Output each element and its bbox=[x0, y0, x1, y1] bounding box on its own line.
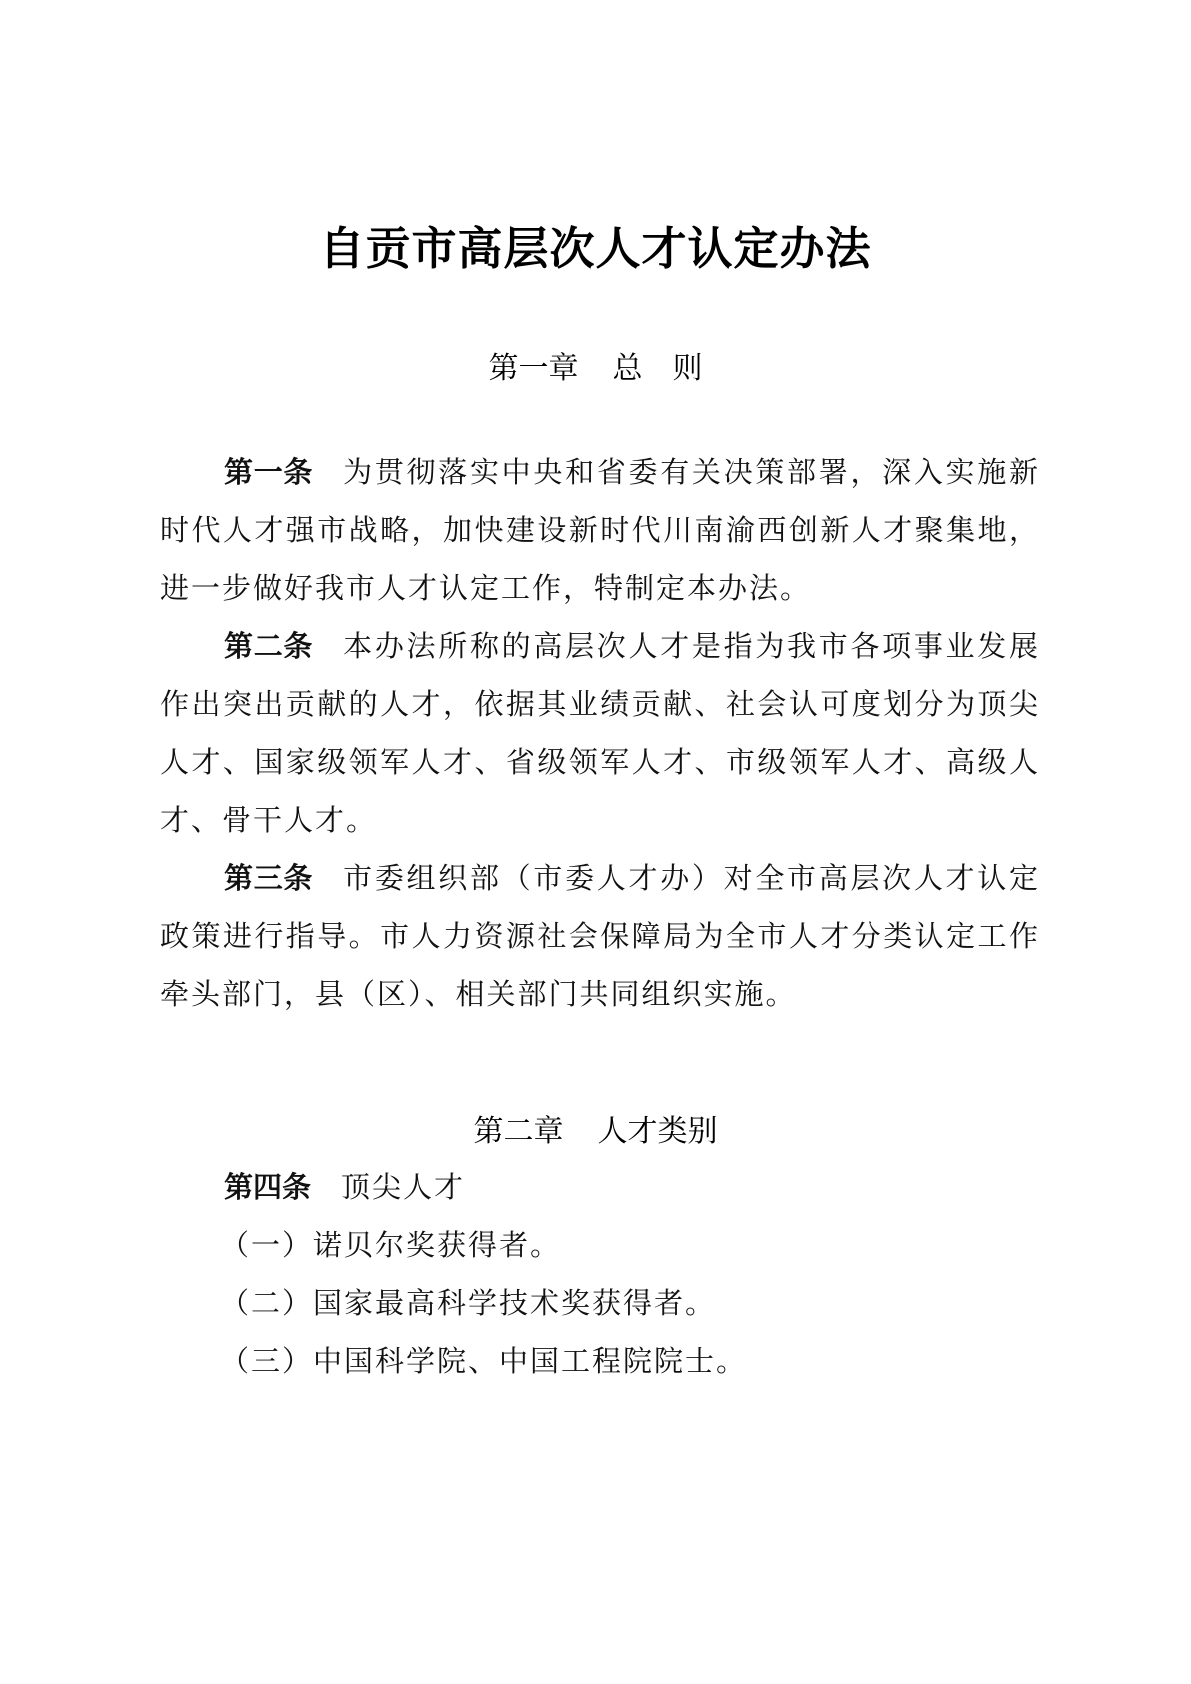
chapter-1-label: 第一章 bbox=[489, 351, 579, 386]
document-page: 自贡市高层次人才认定办法 第一章总 则 第一条为贯彻落实中央和省委有关决策部署，… bbox=[0, 0, 1191, 1684]
article-1: 第一条为贯彻落实中央和省委有关决策部署，深入实施新时代人才强市战略，加快建设新时… bbox=[160, 443, 1040, 617]
article-2-number: 第二条 bbox=[224, 629, 313, 663]
article-1-number: 第一条 bbox=[224, 455, 313, 489]
article-4-number: 第四条 bbox=[224, 1170, 311, 1204]
article-4-item-2: （二）国家最高科学技术奖获得者。 bbox=[220, 1274, 747, 1332]
chapter-1-name: 总 则 bbox=[613, 351, 703, 386]
article-4: 第四条顶尖人才 （一）诺贝尔奖获得者。 （二）国家最高科学技术奖获得者。 （三）… bbox=[224, 1158, 747, 1390]
chapter-2-name: 人才类别 bbox=[598, 1114, 718, 1149]
chapter-1-heading: 第一章总 则 bbox=[0, 343, 1191, 387]
article-3: 第三条市委组织部（市委人才办）对全市高层次人才认定政策进行指导。市人力资源社会保… bbox=[160, 849, 1040, 1023]
article-4-item-3: （三）中国科学院、中国工程院院士。 bbox=[220, 1332, 747, 1390]
chapter-2-heading: 第二章人才类别 bbox=[0, 1106, 1191, 1150]
chapter-2-label: 第二章 bbox=[474, 1114, 564, 1149]
article-4-item-1: （一）诺贝尔奖获得者。 bbox=[220, 1216, 747, 1274]
article-3-number: 第三条 bbox=[224, 861, 313, 895]
article-2: 第二条本办法所称的高层次人才是指为我市各项事业发展作出突出贡献的人才，依据其业绩… bbox=[160, 617, 1040, 849]
document-title: 自贡市高层次人才认定办法 bbox=[0, 212, 1191, 277]
article-4-text: 顶尖人才 bbox=[341, 1170, 465, 1204]
article-4-heading: 第四条顶尖人才 bbox=[224, 1158, 747, 1216]
chapter-1-body: 第一条为贯彻落实中央和省委有关决策部署，深入实施新时代人才强市战略，加快建设新时… bbox=[160, 443, 1040, 1023]
